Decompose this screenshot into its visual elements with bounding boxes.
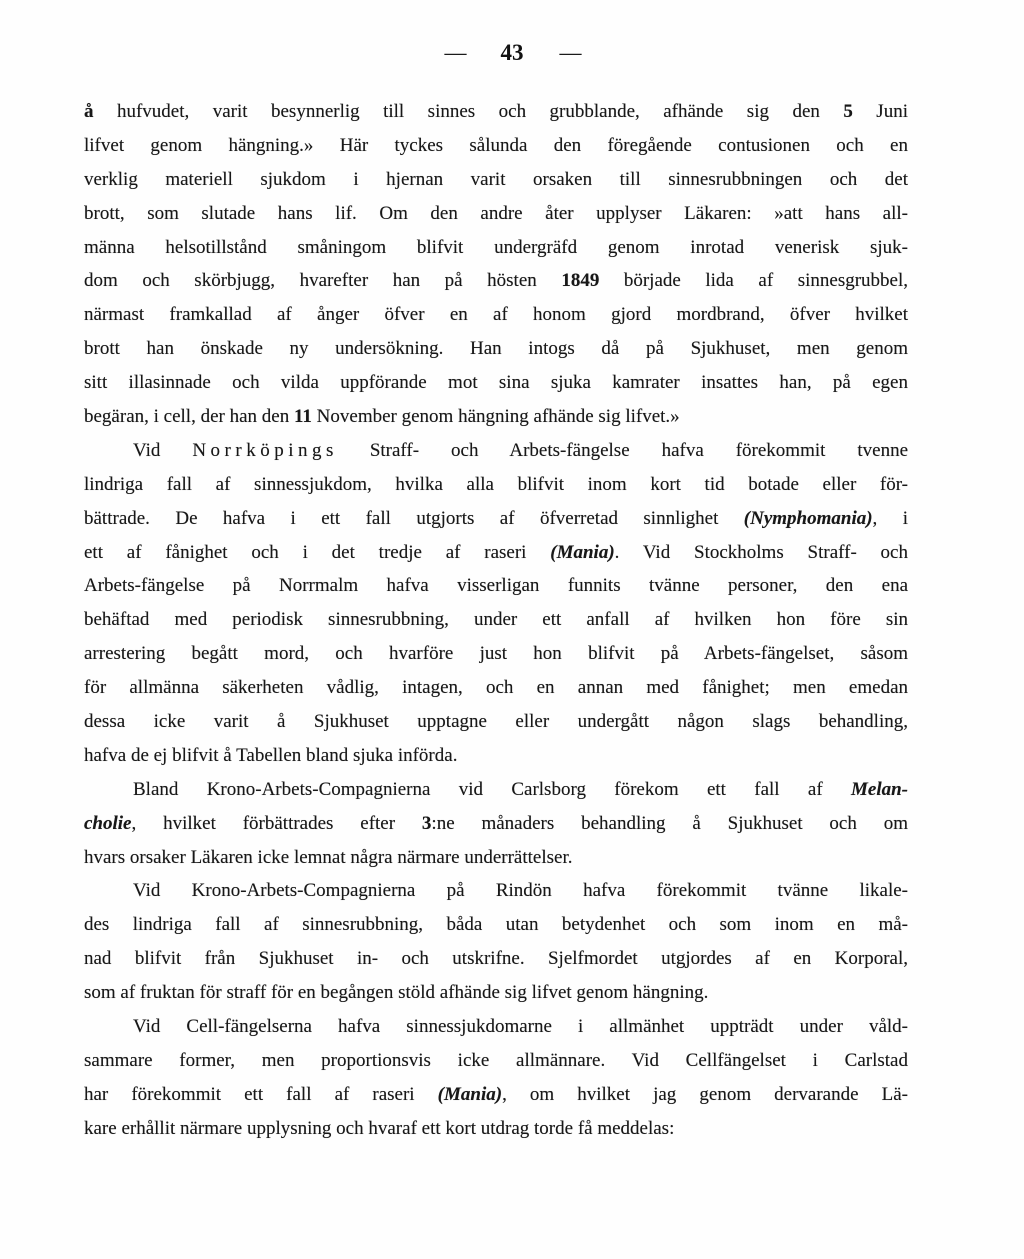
text-segment: ett af fånighet och i det tredje af rase…: [84, 542, 550, 563]
text-segment: Bland Krono-Arbets-Compagnierna vid Carl…: [133, 779, 851, 800]
text-segment: 11: [294, 406, 312, 427]
text-line: hafva de ej blifvit å Tabellen bland sju…: [84, 739, 908, 773]
text-segment: männa helsotillstånd småningom blifvit u…: [84, 237, 908, 258]
text-segment: November genom hängning afhände sig lifv…: [312, 406, 680, 427]
text-line: som af fruktan för straff för en begånge…: [84, 976, 908, 1010]
text-line: Vid Norrköpings Straff- och Arbets-fänge…: [84, 434, 908, 468]
text-line: behäftad med periodisk sinnesrubbning, u…: [84, 603, 908, 637]
text-line: bättrade. De hafva i ett fall utgjorts a…: [84, 502, 908, 536]
text-segment: , i: [873, 508, 908, 529]
text-segment: Arbets-fängelse på Norrmalm hafva visser…: [84, 575, 908, 596]
text-segment: dom och skörbjugg, hvarefter han på höst…: [84, 270, 561, 291]
text-line: sammare former, men proportionsvis icke …: [84, 1044, 908, 1078]
text-line: lifvet genom hängning.» Här tyckes sålun…: [84, 129, 908, 163]
text-segment: . Vid Stockholms Straff- och: [615, 542, 908, 563]
text-line: kare erhållit närmare upplysning och hva…: [84, 1112, 908, 1146]
page-header: —43—: [0, 38, 1024, 68]
text-line: har förekommit ett fall af raseri (Mania…: [84, 1078, 908, 1112]
text-segment: behäftad med periodisk sinnesrubbning, u…: [84, 609, 908, 630]
text-segment: begäran, i cell, der han den: [84, 406, 294, 427]
text-line: dom och skörbjugg, hvarefter han på höst…: [84, 264, 908, 298]
text-segment: Vid: [133, 440, 192, 461]
text-segment: sammare former, men proportionsvis icke …: [84, 1050, 908, 1071]
text-segment: (Nymphomania): [744, 508, 873, 529]
text-line: des lindriga fall af sinnesrubbning, båd…: [84, 908, 908, 942]
text-line: å hufvudet, varit besynnerlig till sinne…: [84, 95, 908, 129]
text-segment: för allmänna säkerheten vådlig, intagen,…: [84, 677, 908, 698]
text-segment: , hvilket förbättrades efter: [132, 813, 422, 834]
scanned-document-page: —43— å hufvudet, varit besynnerlig till …: [0, 0, 1024, 1259]
text-segment: å: [84, 101, 94, 122]
text-segment: som af fruktan för straff för en begånge…: [84, 982, 708, 1003]
text-block: å hufvudet, varit besynnerlig till sinne…: [84, 95, 908, 1146]
text-segment: kare erhållit närmare upplysning och hva…: [84, 1118, 674, 1139]
text-segment: lifvet genom hängning.» Här tyckes sålun…: [84, 135, 908, 156]
text-segment: hafva de ej blifvit å Tabellen bland sju…: [84, 745, 457, 766]
text-line: Vid Cell-fängelserna hafva sinnessjukdom…: [84, 1010, 908, 1044]
text-line: nad blifvit från Sjukhuset in- och utskr…: [84, 942, 908, 976]
text-segment: lindriga fall af sinnessjukdom, hvilka a…: [84, 474, 908, 495]
text-line: brott, som slutade hans lif. Om den andr…: [84, 197, 908, 231]
page-number: 43: [501, 38, 524, 68]
text-line: verklig materiell sjukdom i hjernan vari…: [84, 163, 908, 197]
text-segment: 3: [422, 813, 432, 834]
text-segment: bättrade. De hafva i ett fall utgjorts a…: [84, 508, 744, 529]
text-segment: Melan-: [851, 779, 908, 800]
text-segment: des lindriga fall af sinnesrubbning, båd…: [84, 914, 908, 935]
text-line: för allmänna säkerheten vådlig, intagen,…: [84, 671, 908, 705]
text-line: brott han önskade ny undersökning. Han i…: [84, 332, 908, 366]
text-segment: 5: [843, 101, 853, 122]
text-segment: brott han önskade ny undersökning. Han i…: [84, 338, 908, 359]
header-right-dash: —: [560, 41, 580, 65]
text-segment: har förekommit ett fall af raseri: [84, 1084, 438, 1105]
text-line: Vid Krono-Arbets-Compagnierna på Rindön …: [84, 874, 908, 908]
text-segment: Norrköpings: [192, 440, 338, 461]
text-segment: Vid Cell-fängelserna hafva sinnessjukdom…: [133, 1016, 908, 1037]
text-segment: arrestering begått mord, och hvarföre ju…: [84, 643, 908, 664]
text-segment: :ne månaders behandling å Sjukhuset och …: [431, 813, 908, 834]
text-segment: Straff- och Arbets-fängelse hafva föreko…: [338, 440, 908, 461]
text-line: arrestering begått mord, och hvarföre ju…: [84, 637, 908, 671]
text-segment: cholie: [84, 813, 132, 834]
text-segment: (Mania): [550, 542, 614, 563]
text-segment: började lida af sinnesgrubbel,: [599, 270, 908, 291]
text-line: Arbets-fängelse på Norrmalm hafva visser…: [84, 569, 908, 603]
text-line: cholie, hvilket förbättrades efter 3:ne …: [84, 807, 908, 841]
text-line: ett af fånighet och i det tredje af rase…: [84, 536, 908, 570]
text-line: närmast framkallad af ånger öfver en af …: [84, 298, 908, 332]
text-line: begäran, i cell, der han den 11 November…: [84, 400, 908, 434]
text-segment: Vid Krono-Arbets-Compagnierna på Rindön …: [133, 880, 908, 901]
text-line: hvars orsaker Läkaren icke lemnat några …: [84, 841, 908, 875]
text-segment: brott, som slutade hans lif. Om den andr…: [84, 203, 908, 224]
text-line: dessa icke varit å Sjukhuset upptagne el…: [84, 705, 908, 739]
text-line: sitt illasinnade och vilda uppförande mo…: [84, 366, 908, 400]
text-segment: (Mania): [438, 1084, 502, 1105]
text-segment: närmast framkallad af ånger öfver en af …: [84, 304, 908, 325]
text-segment: 1849: [561, 270, 599, 291]
text-segment: dessa icke varit å Sjukhuset upptagne el…: [84, 711, 908, 732]
text-line: Bland Krono-Arbets-Compagnierna vid Carl…: [84, 773, 908, 807]
text-segment: nad blifvit från Sjukhuset in- och utskr…: [84, 948, 908, 969]
text-segment: verklig materiell sjukdom i hjernan vari…: [84, 169, 908, 190]
text-line: männa helsotillstånd småningom blifvit u…: [84, 231, 908, 265]
header-left-dash: —: [445, 41, 465, 65]
text-segment: Juni: [853, 101, 908, 122]
text-segment: hufvudet, varit besynnerlig till sinnes …: [94, 101, 844, 122]
text-segment: , om hvilket jag genom dervarande Lä-: [502, 1084, 908, 1105]
text-line: lindriga fall af sinnessjukdom, hvilka a…: [84, 468, 908, 502]
text-segment: sitt illasinnade och vilda uppförande mo…: [84, 372, 908, 393]
text-segment: hvars orsaker Läkaren icke lemnat några …: [84, 847, 572, 868]
